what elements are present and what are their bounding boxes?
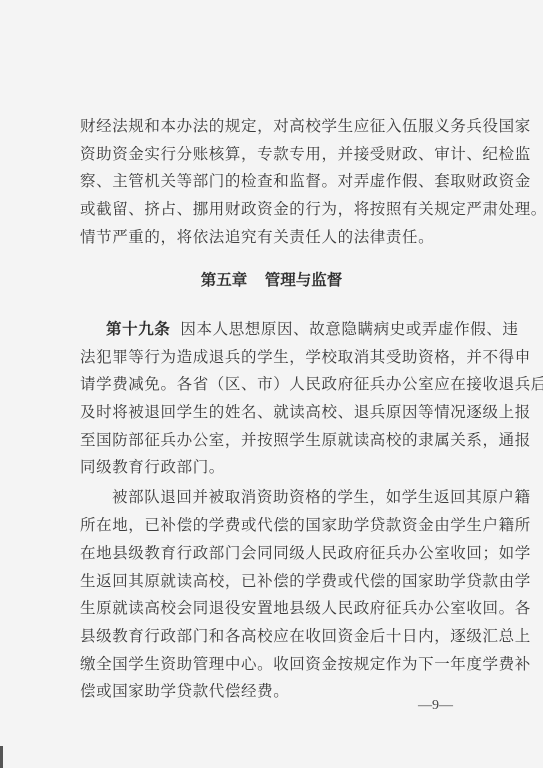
para2-line-4: 生返回其原就读高校，已补偿的学费或代偿的国家助学贷款由学 <box>80 571 485 591</box>
chapter-title: 管理与监督 <box>265 271 343 289</box>
article-label: 第十九条 <box>106 320 170 338</box>
intro-line-3: 察、主管机关等部门的检查和监督。对弄虚作假、套取财政资金 <box>80 171 485 191</box>
intro-line-1: 财经法规和本办法的规定，对高校学生应征入伍服义务兵役国家 <box>80 116 485 136</box>
article-19-line-4: 及时将被退回学生的姓名、就读高校、退兵原因等情况逐级上报 <box>80 402 485 422</box>
chapter-heading: 第五章 管理与监督 <box>0 268 543 290</box>
para2-line-3: 在地县级教育行政部门会同同级人民政府征兵办公室收回；如学 <box>80 543 485 563</box>
article-19-line-2: 法犯罪等行为造成退兵的学生，学校取消其受助资格，并不得申 <box>80 347 485 367</box>
intro-line-4: 或截留、挤占、挪用财政资金的行为，将按照有关规定严肃处理。 <box>80 199 485 219</box>
intro-line-5: 情节严重的，将依法追究有关责任人的法律责任。 <box>80 227 485 247</box>
para2-line-7: 缴全国学生资助管理中心。收回资金按规定作为下一年度学费补 <box>80 654 485 674</box>
document-page: 财经法规和本办法的规定，对高校学生应征入伍服义务兵役国家 资助资金实行分账核算，… <box>0 0 543 768</box>
para2-line-1: 被部队退回并被取消资助资格的学生，如学生返回其原户籍 <box>112 487 485 507</box>
scan-edge-mark <box>0 746 3 768</box>
para2-line-2: 所在地，已补偿的学费或代偿的国家助学贷款资金由学生户籍所 <box>80 515 485 535</box>
article-19-line-3: 请学费减免。各省（区、市）人民政府征兵办公室应在接收退兵后 <box>80 374 485 394</box>
chapter-number: 第五章 <box>201 271 248 289</box>
para2-line-6: 县级教育行政部门和各高校应在收回资金后十日内，逐级汇总上 <box>80 626 485 646</box>
para2-line-5: 生原就读高校会同退役安置地县级人民政府征兵办公室收回。各 <box>80 598 485 618</box>
article-19-text: 因本人思想原因、故意隐瞒病史或弄虚作假、违 <box>180 320 518 338</box>
page-number: —9— <box>418 698 453 714</box>
article-19-line-1: 第十九条因本人思想原因、故意隐瞒病史或弄虚作假、违 <box>106 319 485 339</box>
article-19-line-6: 同级教育行政部门。 <box>80 457 485 477</box>
intro-line-2: 资助资金实行分账核算，专款专用，并接受财政、审计、纪检监 <box>80 144 485 164</box>
article-19-line-5: 至国防部征兵办公室，并按照学生原就读高校的隶属关系，通报 <box>80 430 485 450</box>
